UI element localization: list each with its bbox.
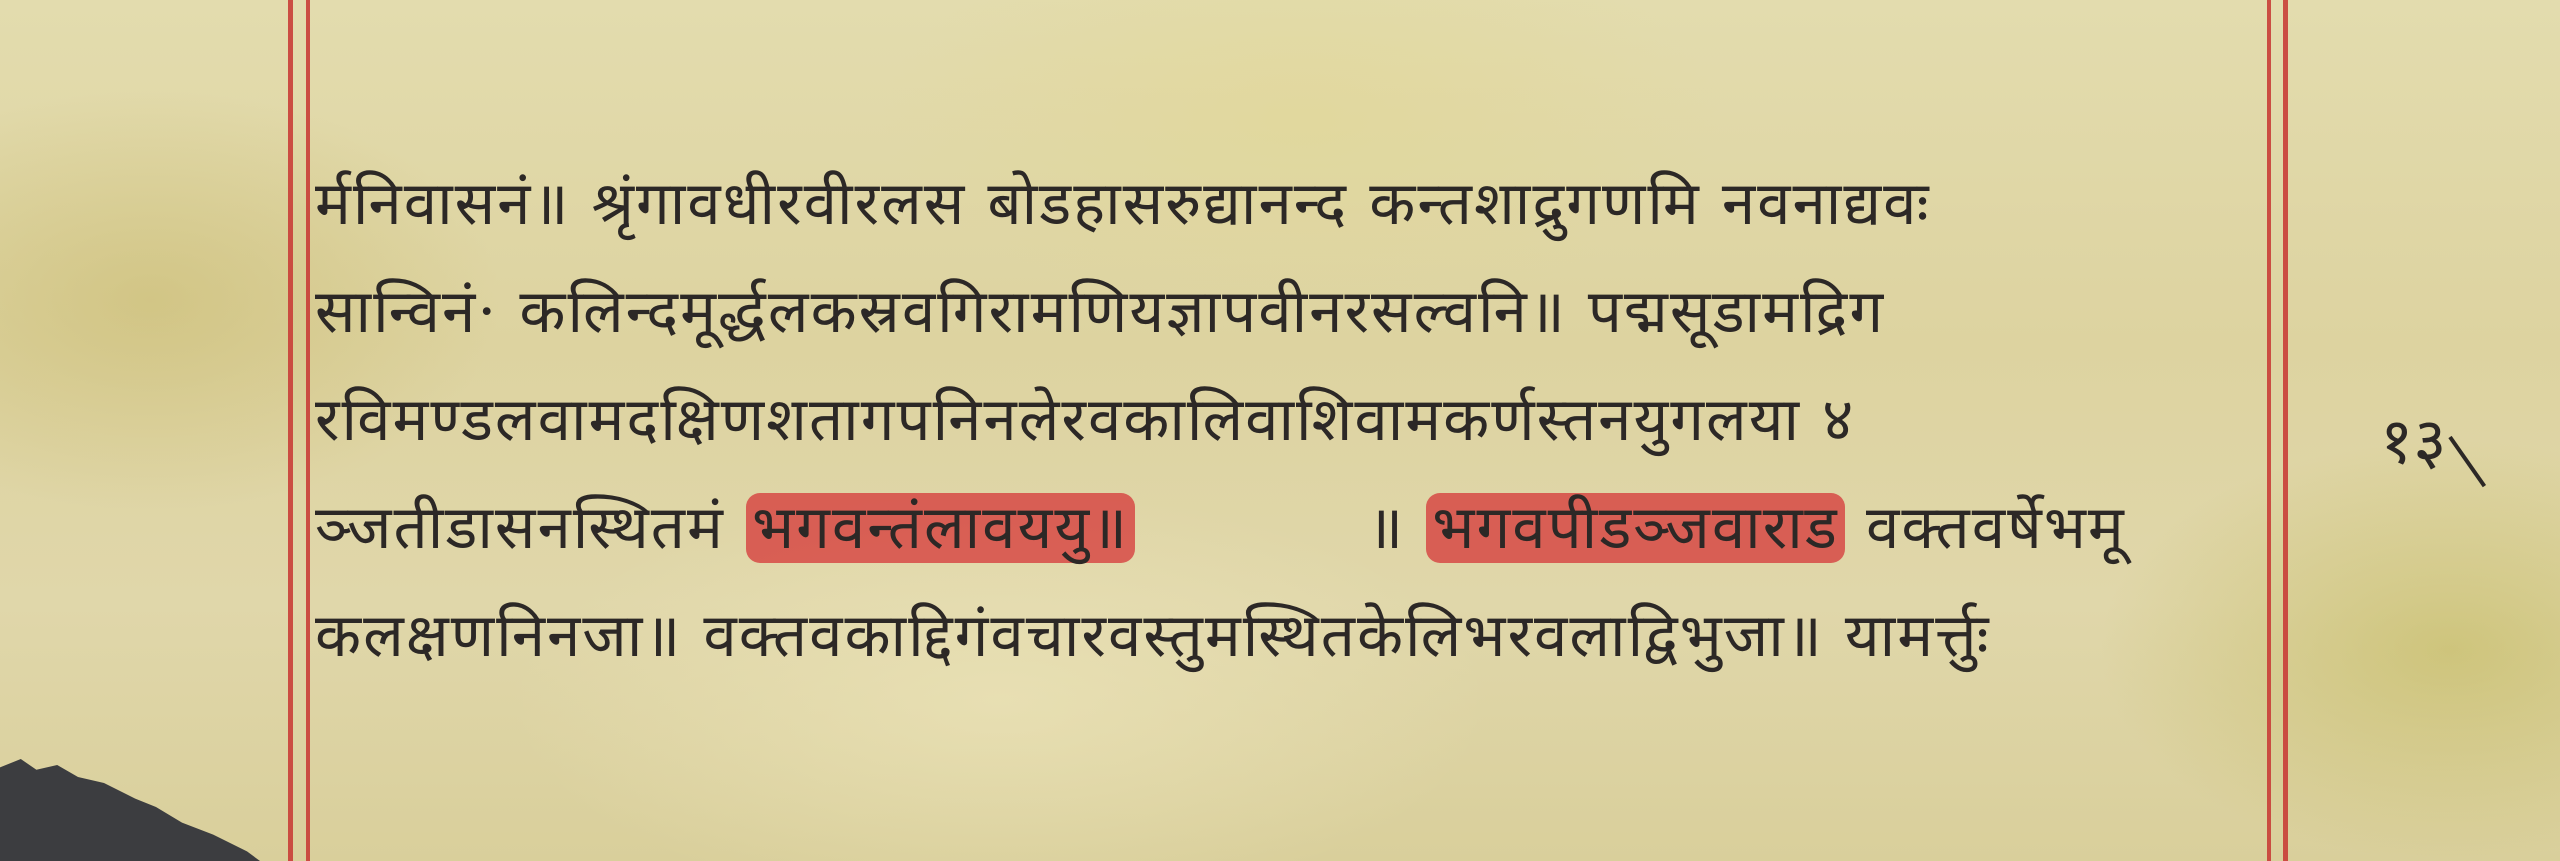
text-line-5: कलक्षणनिनजा॥ वक्तवकाद्दिगंवचारवस्तुमस्थि… bbox=[315, 582, 2265, 690]
rubric-highlight: भगवपीडञ्जवाराड bbox=[1426, 493, 1845, 563]
text-line-4: ञ्जतीडासनस्थितमं भगवन्तंलावययु॥ ॥ भगवपीड… bbox=[315, 474, 2265, 582]
torn-corner bbox=[0, 741, 260, 861]
folio-number: १३ bbox=[2380, 395, 2447, 482]
text-line-2: सान्विनं· कलिन्दमूर्द्धलकस्रवगिरामणियज्ञ… bbox=[315, 258, 2265, 366]
manuscript-text: र्मनिवासनं॥ श्रृंगावधीरवीरलस बोडहासरुद्य… bbox=[315, 150, 2265, 690]
text-segment: र्मनिवासनं॥ श्रृंगावधीरवीरलस बोडहासरुद्य… bbox=[315, 169, 1931, 239]
left-margin-rule-outer bbox=[288, 0, 293, 861]
text-segment: रविमण्डलवामदक्षिणशतागपनिनलेरवकालिवाशिवाम… bbox=[315, 385, 1855, 455]
right-margin-rule-inner bbox=[2267, 0, 2271, 861]
manuscript-folio: र्मनिवासनं॥ श्रृंगावधीरवीरलस बोडहासरुद्य… bbox=[0, 0, 2560, 861]
text-segment: सान्विनं· कलिन्दमूर्द्धलकस्रवगिरामणियज्ञ… bbox=[315, 277, 1885, 347]
text-segment: ॥ bbox=[1367, 493, 1405, 563]
text-line-3: रविमण्डलवामदक्षिणशतागपनिनलेरवकालिवाशिवाम… bbox=[315, 366, 2265, 474]
text-segment: वक्तवर्षेभमू bbox=[1866, 493, 2126, 563]
text-segment: कलक्षणनिनजा॥ वक्तवकाद्दिगंवचारवस्तुमस्थि… bbox=[315, 601, 1991, 671]
text-line-1: र्मनिवासनं॥ श्रृंगावधीरवीरलस बोडहासरुद्य… bbox=[315, 150, 2265, 258]
right-margin-rule-outer bbox=[2283, 0, 2288, 861]
text-segment: ञ्जतीडासनस्थितमं bbox=[315, 493, 725, 563]
rubric-highlight: भगवन्तंलावययु॥ bbox=[746, 493, 1135, 563]
left-margin-rule-inner bbox=[306, 0, 310, 861]
